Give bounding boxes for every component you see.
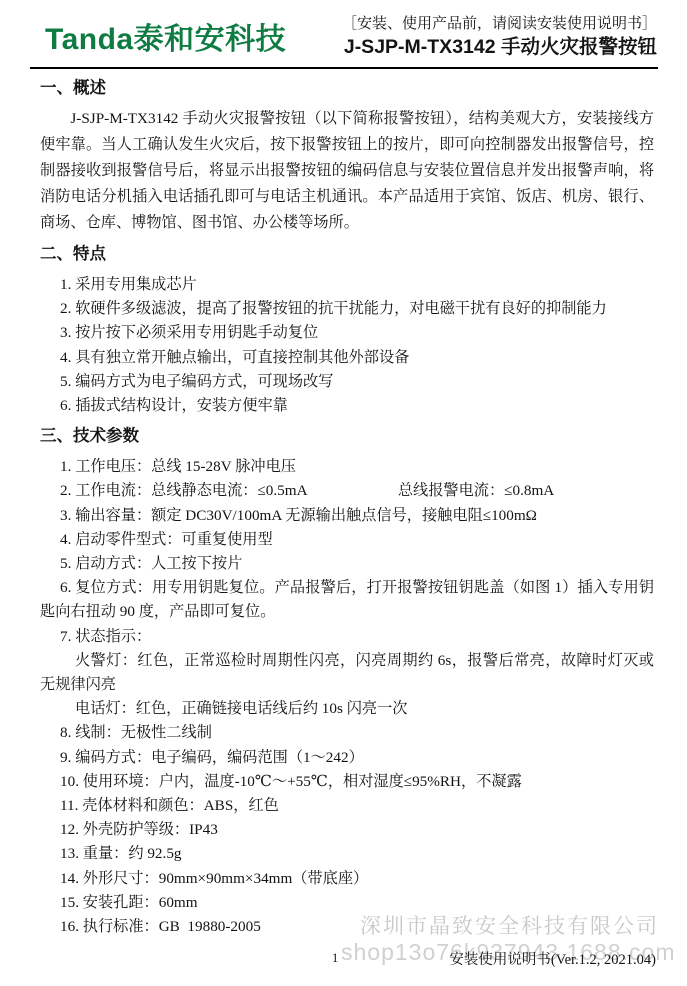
tech-param-item: 11. 壳体材料和颜色：ABS，红色 xyxy=(40,794,654,818)
section-heading-overview: 一、概述 xyxy=(40,77,654,99)
document-page: Tanda泰和安科技 ［安装、使用产品前，请阅读安装使用说明书］ J-SJP-M… xyxy=(0,0,687,986)
section-heading-tech-params: 三、技术参数 xyxy=(40,425,654,447)
tech-param-item: 1. 工作电压：总线 15-28V 脉冲电压 xyxy=(40,455,654,479)
tech-param-item: 13. 重量：约 92.5g xyxy=(40,842,654,866)
tech-param-item: 7. 状态指示： xyxy=(40,625,654,649)
tech-param-item: 10. 使用环境：户内，温度-10℃～+55℃，相对湿度≤95%RH，不凝露 xyxy=(40,770,654,794)
feature-item: 4. 具有独立常开触点输出，可直接控制其他外部设备 xyxy=(40,346,654,370)
tech-param-item: 2. 工作电流：总线静态电流：≤0.5mA 总线报警电流：≤0.8mA xyxy=(40,479,654,503)
watermark-company: 深圳市晶致安全科技有限公司 xyxy=(360,910,659,940)
footer-version: 安装使用说明书(Ver.1.2, 2021.04) xyxy=(449,948,656,969)
doc-title: J-SJP-M-TX3142 手动火灾报警按钮 xyxy=(342,34,657,60)
tech-param-item: 14. 外形尺寸：90mm×90mm×34mm（带底座） xyxy=(40,867,654,891)
feature-item: 1. 采用专用集成芯片 xyxy=(40,273,654,297)
header-right-block: ［安装、使用产品前，请阅读安装使用说明书］ J-SJP-M-TX3142 手动火… xyxy=(342,14,657,60)
feature-item: 5. 编码方式为电子编码方式，可现场改写 xyxy=(40,370,654,394)
tech-param-item: 4. 启动零件型式：可重复使用型 xyxy=(40,528,654,552)
tech-param-item: 火警灯：红色，正常巡检时周期性闪亮，闪亮周期约 6s，报警后常亮，故障时灯灭或无… xyxy=(40,649,654,697)
section-heading-features: 二、特点 xyxy=(40,243,654,265)
features-list: 1. 采用专用集成芯片 2. 软硬件多级滤波，提高了报警按钮的抗干扰能力，对电磁… xyxy=(40,273,654,418)
tech-param-item: 9. 编码方式：电子编码，编码范围（1～242） xyxy=(40,746,654,770)
tech-param-item: 3. 输出容量：额定 DC30V/100mA 无源输出触点信号，接触电阻≤100… xyxy=(40,504,654,528)
feature-item: 3. 按片按下必须采用专用钥匙手动复位 xyxy=(40,321,654,345)
overview-paragraph: J-SJP-M-TX3142 手动火灾报警按钮（以下简称报警按钮），结构美观大方… xyxy=(40,106,654,236)
tech-param-item: 电话灯：红色，正确链接电话线后约 10s 闪亮一次 xyxy=(40,697,654,721)
feature-item: 6. 插拔式结构设计，安装方便牢靠 xyxy=(40,394,654,418)
company-logo: Tanda泰和安科技 xyxy=(45,24,286,56)
page-number: 1 xyxy=(332,951,338,966)
tech-param-item: 6. 复位方式：用专用钥匙复位。产品报警后，打开报警按钮钥匙盖（如图 1）插入专… xyxy=(40,576,654,624)
document-header: Tanda泰和安科技 ［安装、使用产品前，请阅读安装使用说明书］ J-SJP-M… xyxy=(0,0,687,60)
tech-param-item: 5. 启动方式：人工按下按片 xyxy=(40,552,654,576)
document-content: 一、概述 J-SJP-M-TX3142 手动火灾报警按钮（以下简称报警按钮），结… xyxy=(0,69,687,939)
feature-item: 2. 软硬件多级滤波，提高了报警按钮的抗干扰能力，对电磁干扰有良好的抑制能力 xyxy=(40,297,654,321)
tech-param-item: 12. 外壳防护等级：IP43 xyxy=(40,818,654,842)
header-notice: ［安装、使用产品前，请阅读安装使用说明书］ xyxy=(342,14,657,34)
tech-param-item: 8. 线制：无极性二线制 xyxy=(40,721,654,745)
tech-params-list: 1. 工作电压：总线 15-28V 脉冲电压 2. 工作电流：总线静态电流：≤0… xyxy=(40,455,654,939)
